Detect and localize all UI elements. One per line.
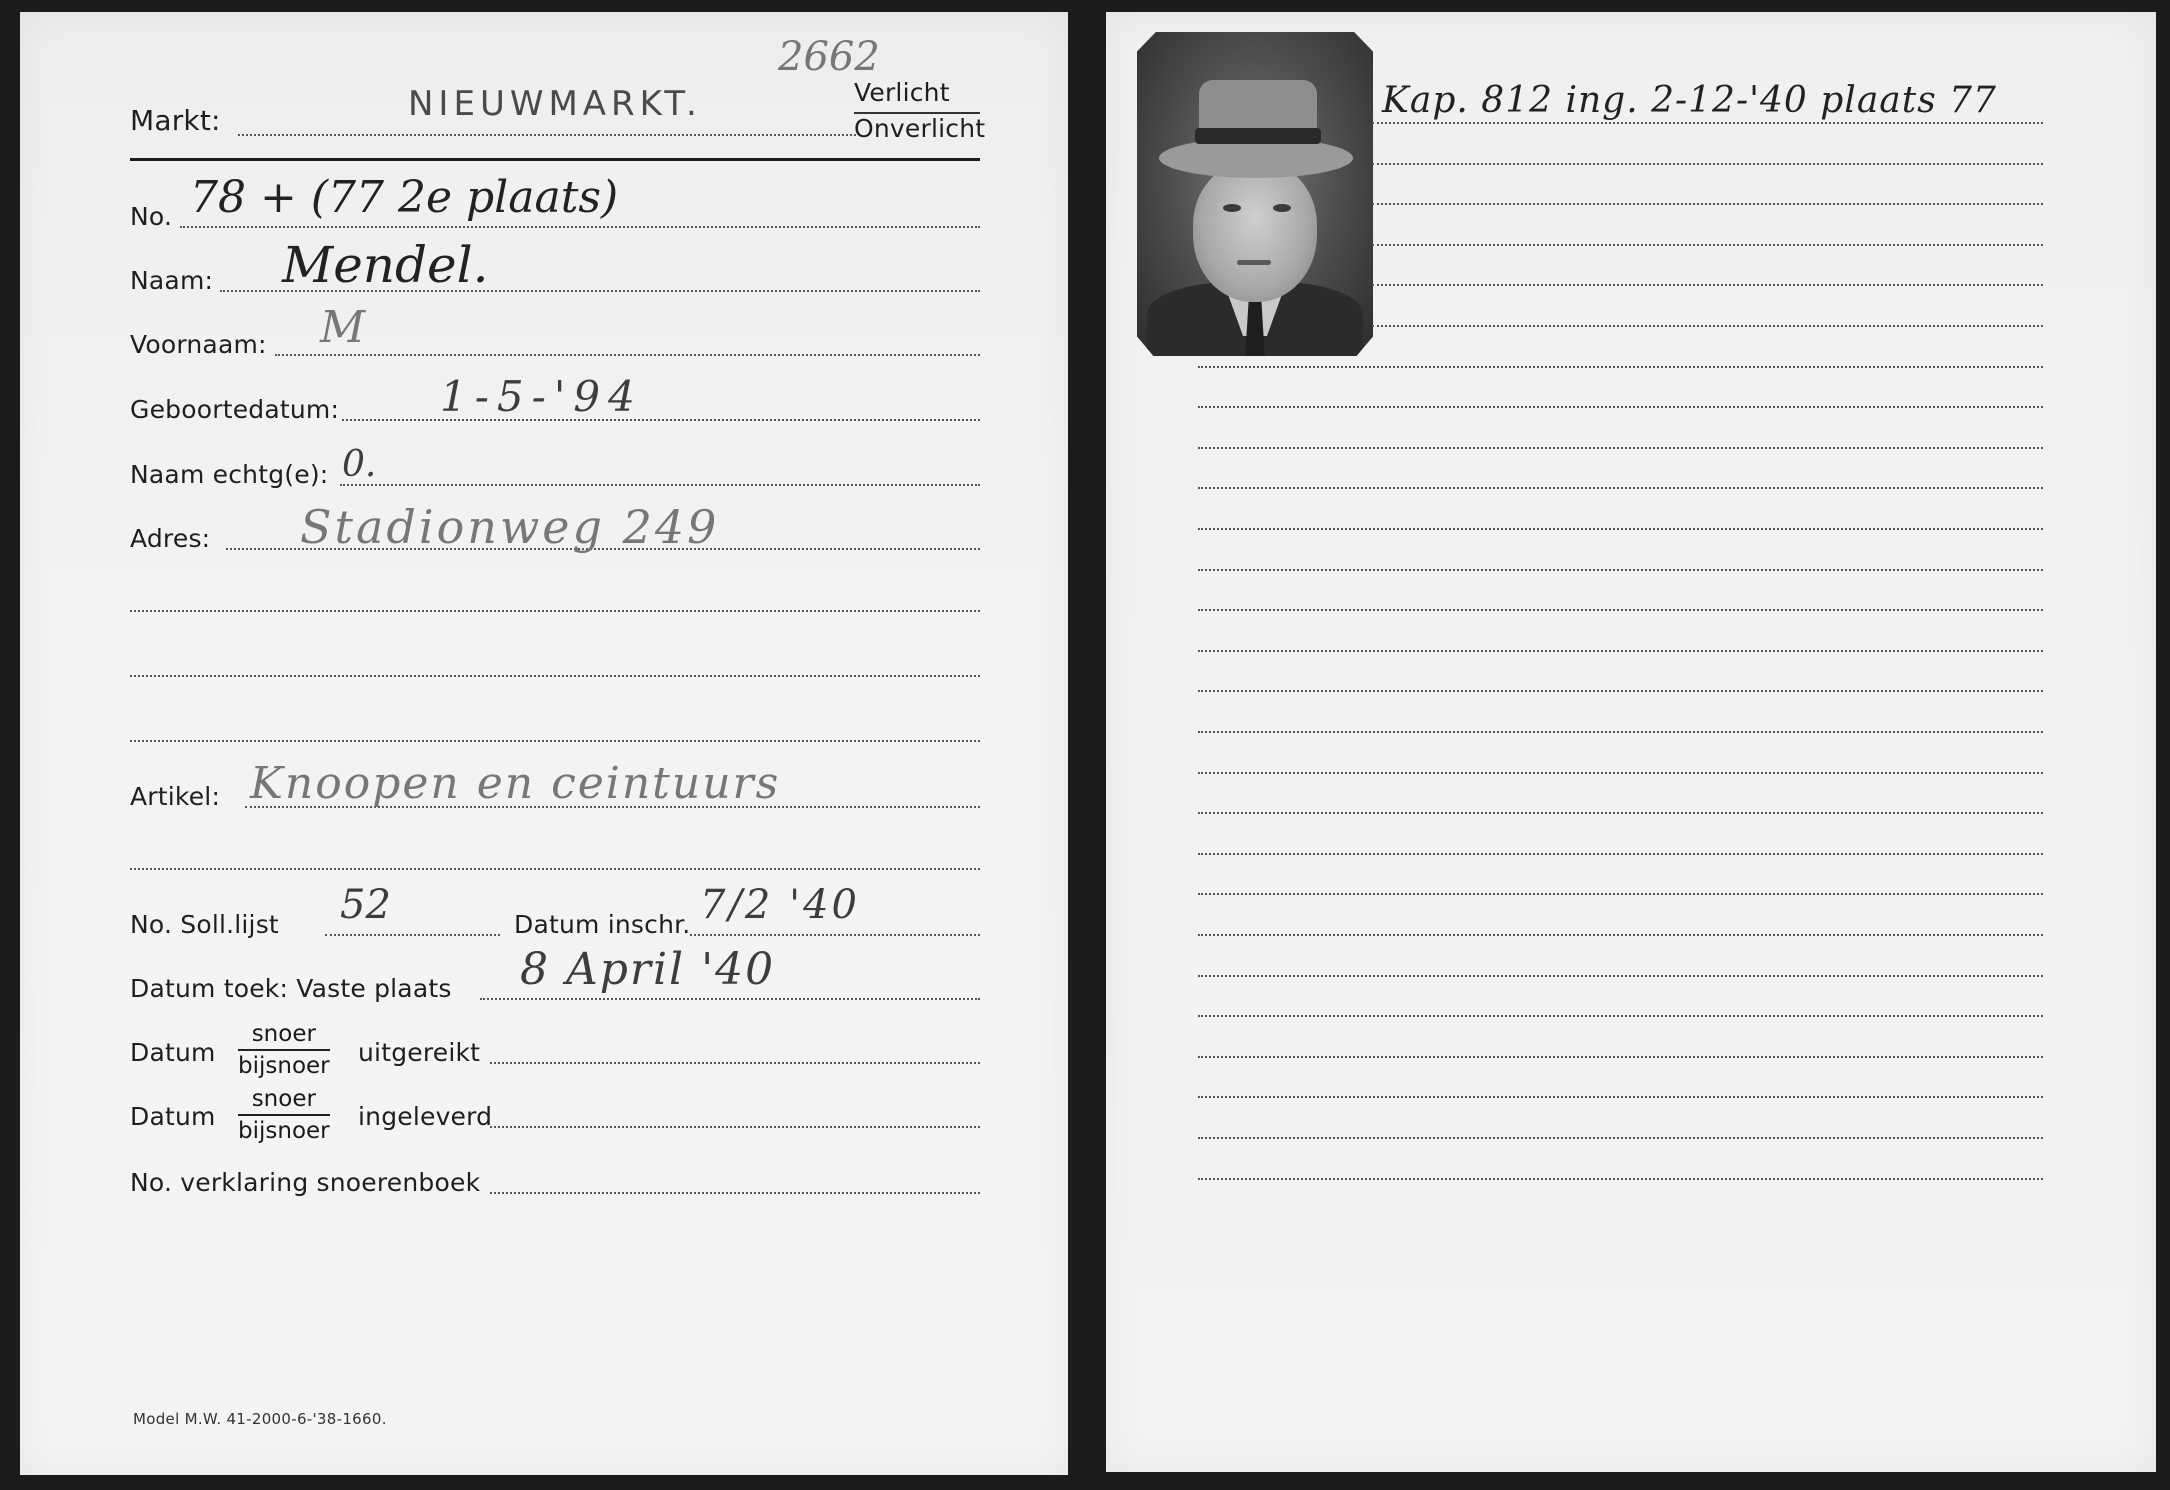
datum-inschr-label: Datum inschr.	[514, 910, 690, 939]
ruled-line	[1198, 609, 2043, 611]
ruled-line	[1198, 487, 2043, 489]
ingeleverd-line	[490, 1126, 980, 1128]
verklaring-label: No. verklaring snoerenboek	[130, 1168, 480, 1197]
datum-toek-value: 8 April '40	[520, 944, 775, 995]
ruled-line	[1198, 1056, 2043, 1058]
market-value: NIEUWMARKT.	[408, 84, 702, 124]
ruled-line	[1198, 1096, 2043, 1098]
datum-uitgereikt-label: Datum	[130, 1038, 216, 1067]
artikel-line-2	[130, 868, 980, 870]
adres-line-2	[130, 610, 980, 612]
ruled-line	[1198, 528, 2043, 530]
photo-eye-left	[1223, 204, 1241, 212]
frac-top: snoer	[238, 1019, 330, 1051]
ruled-line	[1198, 366, 2043, 368]
frac-top: snoer	[238, 1084, 330, 1116]
ruled-line	[1198, 975, 2043, 977]
model-footer: Model M.W. 41-2000-6-'38-1660.	[133, 1410, 387, 1428]
naam-echtgenote-label: Naam echtg(e):	[130, 460, 328, 489]
soll-lijst-line	[325, 934, 500, 936]
datum-inschr-value: 7/2 '40	[700, 882, 860, 928]
ruled-line	[1198, 569, 2043, 571]
note-line-1: Kap. 812 ing. 2-12-'40 plaats 77	[1382, 80, 1997, 121]
registration-card-back: Kap. 812 ing. 2-12-'40 plaats 77	[1106, 12, 2156, 1472]
soll-lijst-label: No. Soll.lijst	[130, 910, 279, 939]
registration-card-front: 2662 Markt: NIEUWMARKT. Verlicht Onverli…	[20, 12, 1068, 1475]
voornaam-value: M	[320, 302, 365, 353]
frac-bottom: bijsnoer	[238, 1116, 330, 1146]
no-line	[180, 226, 980, 228]
naam-echtgenote-value: 0.	[342, 444, 376, 485]
adres-value: Stadionweg 249	[300, 500, 719, 554]
ruled-line	[1372, 284, 2043, 286]
ruled-line	[1372, 203, 2043, 205]
uitgereikt-line	[490, 1062, 980, 1064]
geboortedatum-label: Geboortedatum:	[130, 395, 339, 424]
soll-lijst-value: 52	[340, 882, 391, 928]
ruled-line	[1198, 812, 2043, 814]
blank-line-2	[130, 740, 980, 742]
ruled-line	[1198, 772, 2043, 774]
card-serial-number: 2662	[778, 34, 880, 80]
voornaam-line	[275, 354, 980, 356]
no-value: 78 + (77 2e plaats)	[190, 172, 618, 223]
geboortedatum-value: 1-5-'94	[440, 372, 643, 421]
ruled-line	[1198, 1015, 2043, 1017]
ingeleverd-label: ingeleverd	[358, 1102, 492, 1131]
uitgereikt-label: uitgereikt	[358, 1038, 480, 1067]
ruled-line	[1372, 244, 2043, 246]
ruled-line	[1372, 163, 2043, 165]
naam-echtgenote-line	[340, 484, 980, 486]
photo-face	[1193, 162, 1317, 302]
ruled-line	[1198, 1137, 2043, 1139]
ruled-line	[1198, 731, 2043, 733]
snoer-bijsnoer-fraction-1: snoer bijsnoer	[238, 1019, 330, 1081]
verklaring-line	[490, 1192, 980, 1194]
voornaam-label: Voornaam:	[130, 330, 267, 359]
datum-toek-label: Datum toek: Vaste plaats	[130, 974, 452, 1003]
datum-toek-line	[480, 998, 980, 1000]
naam-value: Mendel.	[282, 236, 488, 294]
photo-hat-band	[1195, 128, 1321, 144]
header-rule	[130, 158, 980, 161]
ruled-line	[1372, 122, 2043, 124]
blank-line-1	[130, 675, 980, 677]
no-label: No.	[130, 202, 172, 231]
portrait-photo	[1137, 32, 1373, 356]
datum-ingeleverd-label: Datum	[130, 1102, 216, 1131]
adres-label: Adres:	[130, 524, 210, 553]
naam-label: Naam:	[130, 266, 213, 295]
ruled-line	[1198, 893, 2043, 895]
market-label: Markt:	[130, 104, 221, 137]
lighting-option-onverlicht: Onverlicht	[854, 114, 985, 143]
market-line	[238, 134, 856, 136]
photo-mouth	[1237, 260, 1271, 265]
datum-inschr-line	[690, 934, 980, 936]
photo-hat-brim	[1159, 138, 1353, 178]
artikel-label: Artikel:	[130, 782, 220, 811]
ruled-line	[1198, 853, 2043, 855]
ruled-line	[1198, 406, 2043, 408]
ruled-line	[1198, 447, 2043, 449]
ruled-line	[1198, 690, 2043, 692]
photo-eye-right	[1273, 204, 1291, 212]
snoer-bijsnoer-fraction-2: snoer bijsnoer	[238, 1084, 330, 1146]
ruled-line	[1198, 650, 2043, 652]
artikel-value: Knoopen en ceintuurs	[250, 758, 780, 809]
geboortedatum-line	[342, 419, 980, 421]
lighting-option-verlicht: Verlicht	[854, 78, 950, 107]
ruled-line	[1198, 1178, 2043, 1180]
ruled-line	[1372, 325, 2043, 327]
frac-bottom: bijsnoer	[238, 1051, 330, 1081]
ruled-line	[1198, 934, 2043, 936]
